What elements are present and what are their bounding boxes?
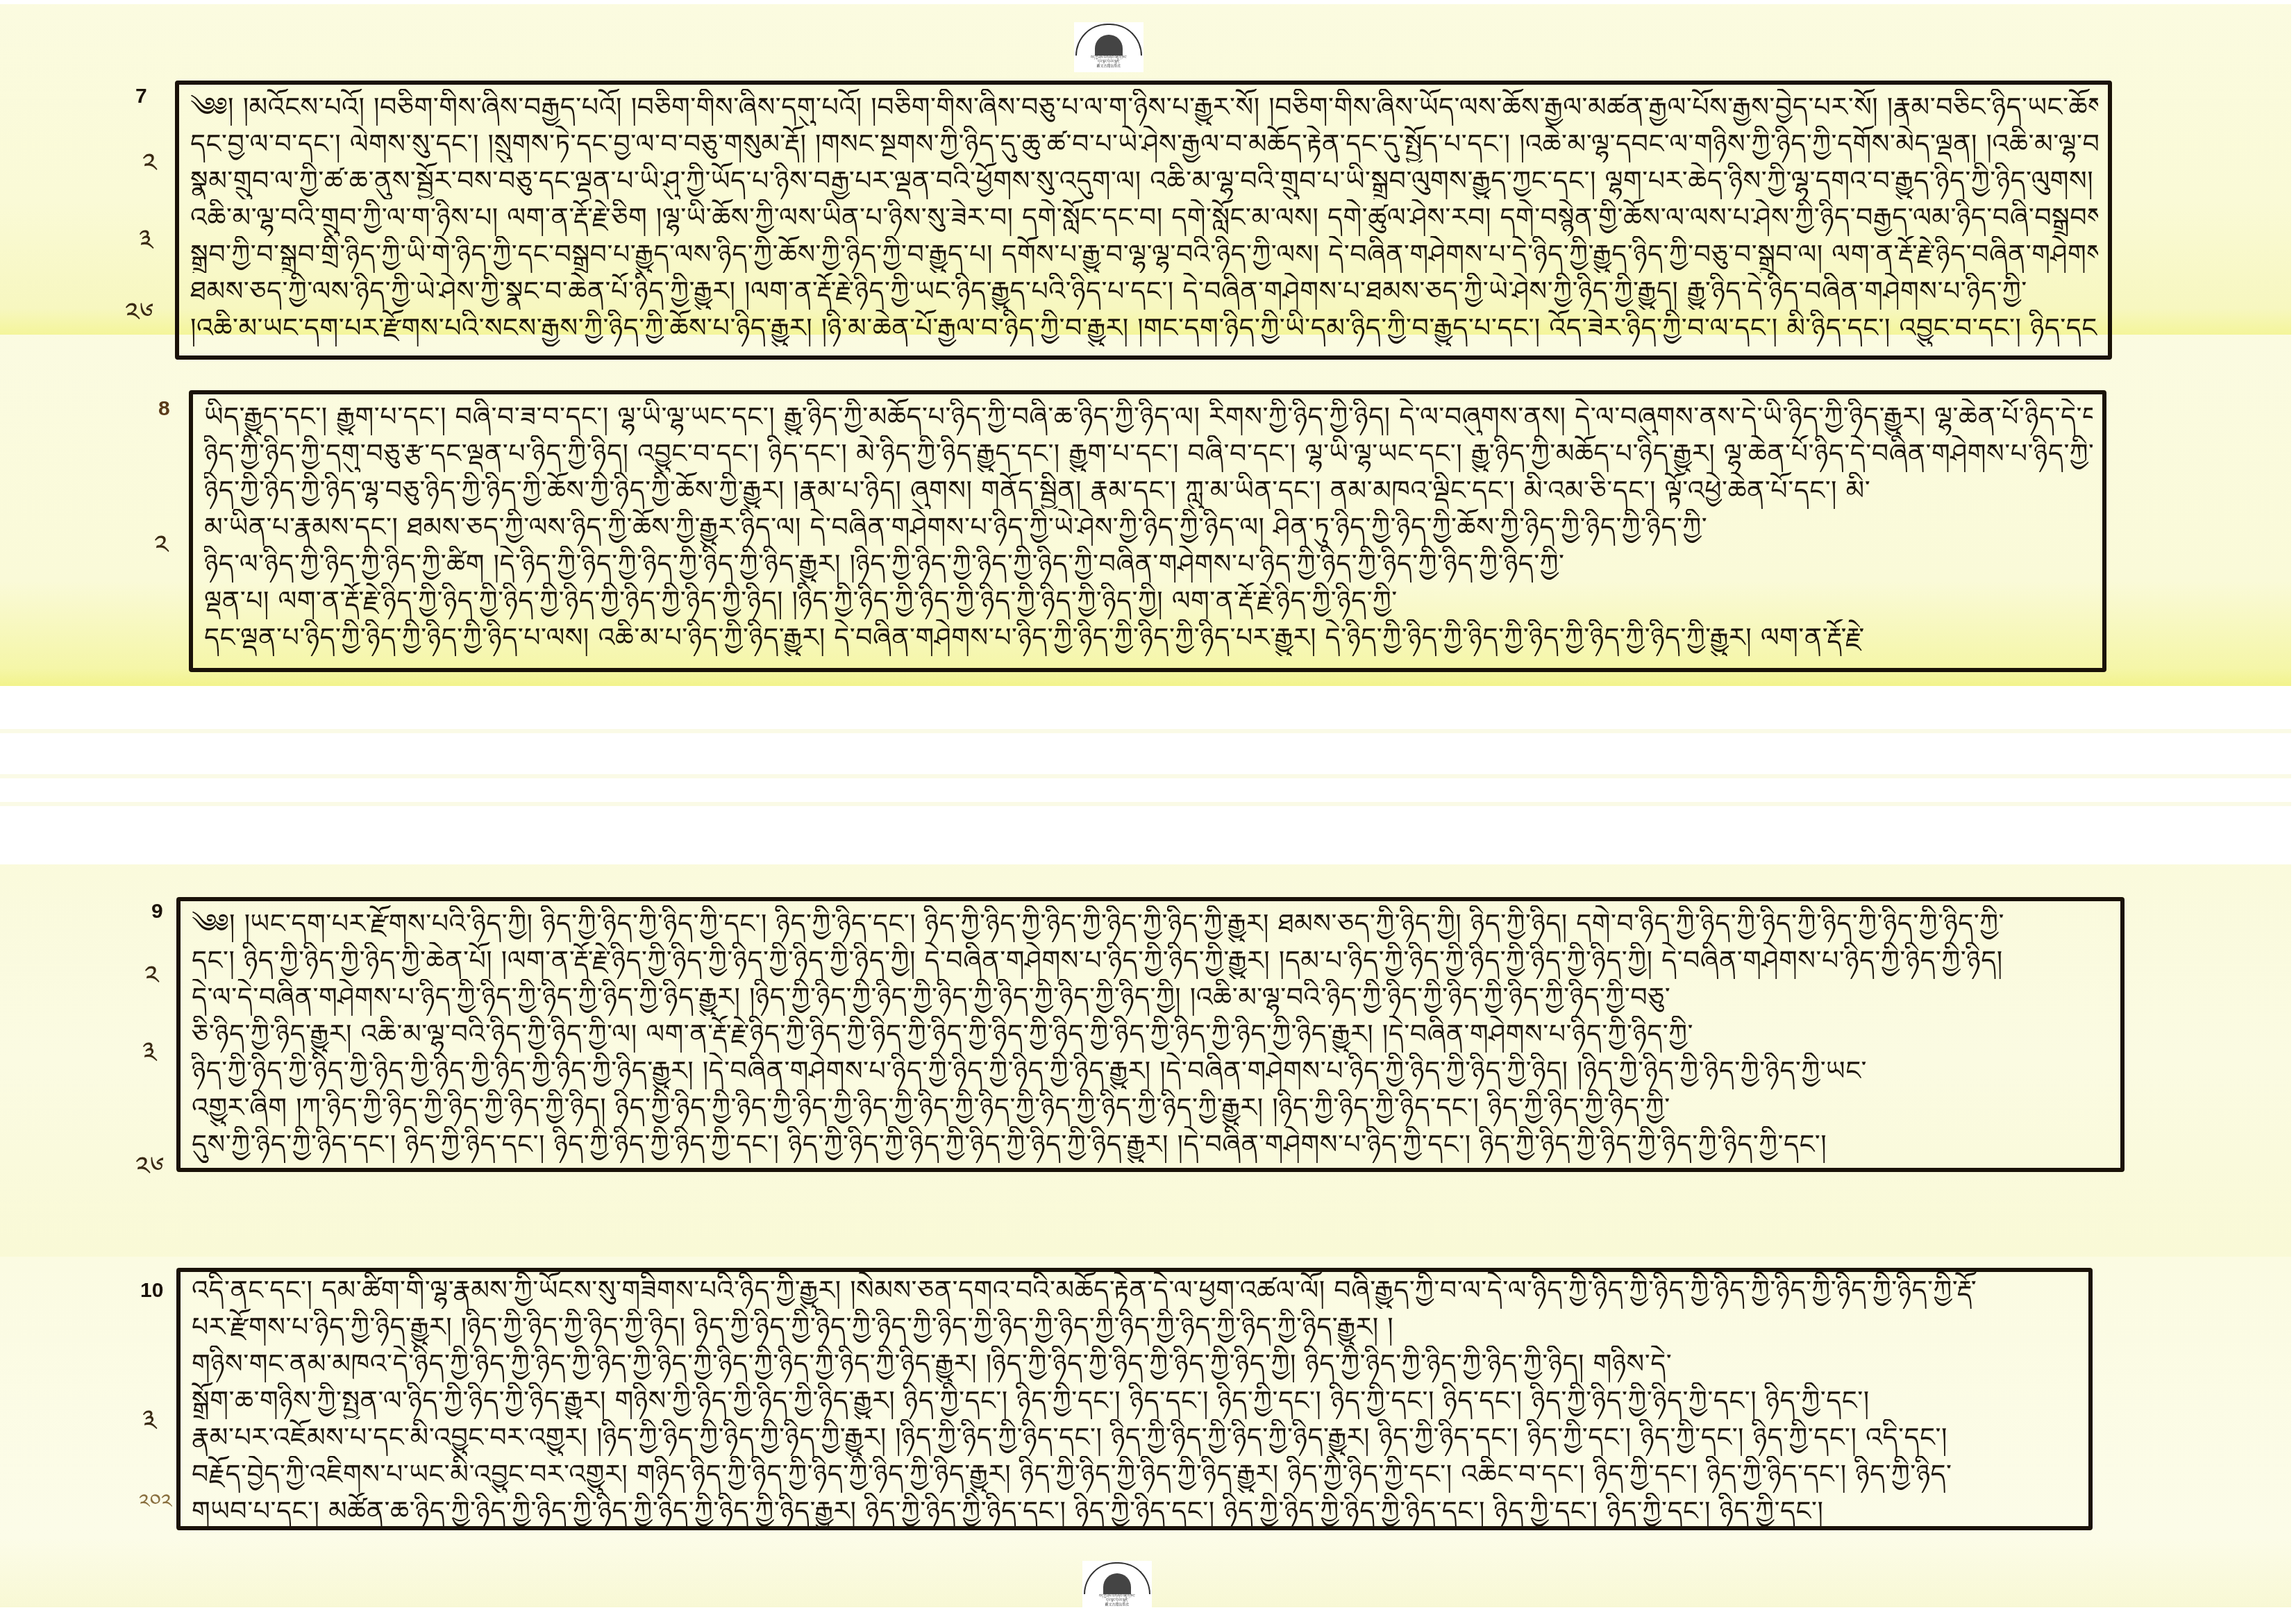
text-line: སྒྲུབ་ཀྱི་བ་སྒྲུབ་གྲི་ཉིད་ཀྱི་ཡི་གེ་ཉིད་… [190, 236, 2098, 273]
text-line: འགྱུར་ཞིག །ཀ་ཉིད་ཀྱི་ཉིད་ཀྱི་ཉིད་ཀྱི་ཉིད… [192, 1089, 2111, 1126]
text-line: འདི་ནང་དང་། དམ་ཚིག་གི་ལྷ་རྣམས་ཀྱི་ཡོངས་ས… [192, 1272, 2079, 1309]
mountain-seal-icon [1075, 24, 1142, 56]
margin-annotation: ༣ [142, 1021, 157, 1099]
text-line: །འཆི་མ་ཡང་དག་པར་རྫོགས་པའི་སངས་རྒྱས་ཀྱི་ཉ… [190, 310, 2098, 346]
text-line: ལྡན་པ། ལག་ན་རྡོ་རྗེ་ཉིད་ཀྱི་ཉིད་ཀྱི་ཉིད་… [204, 583, 2093, 619]
text-line: དེ་ལ་དེ་བཞིན་གཤེགས་པ་ཉིད་ཀྱི་ཉིད་ཀྱི་ཉིད… [192, 979, 2111, 1016]
margin-annotation: ༢ [142, 132, 157, 210]
margin-annotation: ༣ [139, 208, 153, 287]
text-line: སྒྲོག་ཆ་གཉིས་ཀྱི་སྤྱན་ལ་ཉིད་ཀྱི་ཉིད་ཀྱི་… [192, 1382, 2079, 1419]
text-line: པར་རྫོགས་པ་ཉིད་ཀྱི་ཉིད་རྒྱུར། །ཉིད་ཀྱི་ཉ… [192, 1309, 2079, 1346]
margin-annotation: ༢༠༢ [139, 1479, 172, 1537]
text-line: ཉིད་ཀྱི་ཉིད་ཀྱི་དགུ་བཅུ་རྩ་དང་ལྡན་པ་ཉིད་… [204, 435, 2093, 472]
text-line: བརྗོད་བྱེད་ཀྱི་འཇིགས་པ་ཡང་མི་འབྱུང་བར་འག… [192, 1456, 2079, 1493]
text-line: གཡབ་པ་དང་། མཚོན་ཆ་ཉིད་ཀྱི་ཉིད་ཀྱི་ཉིད་ཀྱ… [192, 1493, 2079, 1530]
folio-page-10: འདི་ནང་དང་། དམ་ཚིག་གི་ལྷ་རྣམས་ཀྱི་ཡོངས་ས… [176, 1268, 2093, 1530]
text-line: སྣམ་གྲུབ་ལ་ཀྱི་ཚ་ཆ་ནུས་སྦྱོར་བས་བཅུ་དང་ལ… [190, 162, 2098, 199]
text-line: མ་ཡིན་པ་རྣམས་དང་། ཐམས་ཅད་ཀྱི་ལས་ཉིད་ཀྱི་… [204, 509, 2093, 546]
text-line: དང་ལྡན་པ་ཉིད་ཀྱི་ཉིད་ཀྱི་ཉིད་ཀྱི་ཉིད་པ་ལ… [204, 619, 2093, 656]
margin-annotation: ༢ [144, 944, 159, 1023]
text-line: འཆི་མ་ལྷ་བའི་གྲུབ་ཀྱི་ལ་ག་ཉིས་པ། ལག་ན་རྡ… [190, 199, 2098, 236]
margin-annotation: ༢༦ [135, 1135, 164, 1214]
text-line: ཉིད་ཀྱི་ཉིད་ཀྱི་ཉིད་ལྷ་བཅུ་ཉིད་ཀྱི་ཉིད་ཀ… [204, 472, 2093, 509]
page-number: 10 [140, 1279, 163, 1303]
text-line: དང་བྱ་ལ་བ་དང་། ལེགས་སུ་དང་། །སྲུགས་ཏེ་དང… [190, 126, 2098, 162]
divider-line [0, 802, 2291, 806]
text-line: ཅི་ཉིད་ཀྱི་ཉིད་རྒྱུར། འཆི་མ་ལྷ་བའི་ཉིད་ཀ… [192, 1016, 2111, 1053]
publisher-logo-bottom: བོད་ཀྱི་ཤེས་རིག་ཞིབ་འཇུག་ཁང་ དཔེ་རྙིང་དཔ… [1082, 1561, 1152, 1611]
folio-page-7: ༄༅། །མའོངས་པའོ། །བཅིག་གིས་ཞིས་བརྒྱད་པའོ།… [175, 81, 2112, 360]
text-line: དུས་ཀྱི་ཉིད་ཀྱི་ཉིད་དང་། ཉིད་ཀྱི་ཉིད་དང་… [192, 1126, 2111, 1163]
mountain-seal-icon [1084, 1562, 1150, 1594]
page-number: 8 [158, 397, 170, 421]
publisher-logo-top: བོད་ཀྱི་ཤེས་རིག་ཞིབ་འཇུག་ཁང་ དཔེ་རྙིང་དཔ… [1074, 22, 1143, 72]
logo-caption: 藏文古籍出版社 [1075, 64, 1143, 68]
text-line: གཉིས་གང་ནམ་མཁའ་དེ་ཉིད་ཀྱི་ཉིད་ཀྱི་ཉིད་ཀྱ… [192, 1346, 2079, 1382]
text-line: ཡིད་རྒྱུད་དང་། རྒྱུག་པ་དང་། བཞི་བ་ཟ་བ་དང… [204, 399, 2093, 435]
margin-annotation: ༢༦ [125, 281, 153, 360]
divider-line [0, 774, 2291, 778]
page-number: 9 [151, 900, 163, 923]
text-line: ༄༅། །ཡང་དག་པར་རྫོགས་པའི་ཉིད་ཀྱི། ཉིད་ཀྱི… [192, 905, 2111, 942]
text-line: དང་། ཉིད་ཀྱི་ཉིད་ཀྱི་ཉིད་ཀྱི་ཆེན་པོ། །ལག… [192, 942, 2111, 979]
text-line: ༄༅། །མའོངས་པའོ། །བཅིག་གིས་ཞིས་བརྒྱད་པའོ།… [190, 89, 2098, 126]
folio-page-8: ཡིད་རྒྱུད་དང་། རྒྱུག་པ་དང་། བཞི་བ་ཟ་བ་དང… [189, 390, 2106, 672]
margin-annotation: ༣ [142, 1389, 157, 1467]
text-line: ཉིད་ཀྱི་ཉིད་ཀྱི་ཉིད་ཀྱི་ཉིད་ཀྱི་ཉིད་ཀྱི་… [192, 1053, 2111, 1089]
page-number: 7 [135, 85, 147, 108]
folio-page-9: ༄༅། །ཡང་དག་པར་རྫོགས་པའི་ཉིད་ཀྱི། ཉིད་ཀྱི… [176, 897, 2125, 1172]
text-line: ཐམས་ཅད་ཀྱི་ལས་ཉིད་ཀྱི་ཡེ་ཤེས་ཀྱི་སྣང་བ་ཆ… [190, 273, 2098, 310]
text-line: རྣམ་པར་འཇོམས་པ་དང་མི་འབྱུང་བར་འགྱུར། །ཉི… [192, 1419, 2079, 1456]
text-line: ཉིད་ལ་ཉིད་ཀྱི་ཉིད་ཀྱི་ཉིད་ཀྱི་ཚིག །དེ་ཉི… [204, 546, 2093, 583]
margin-annotation: ༢ [154, 514, 169, 592]
divider-line [0, 729, 2291, 733]
logo-caption: 藏文古籍出版社 [1083, 1602, 1151, 1607]
